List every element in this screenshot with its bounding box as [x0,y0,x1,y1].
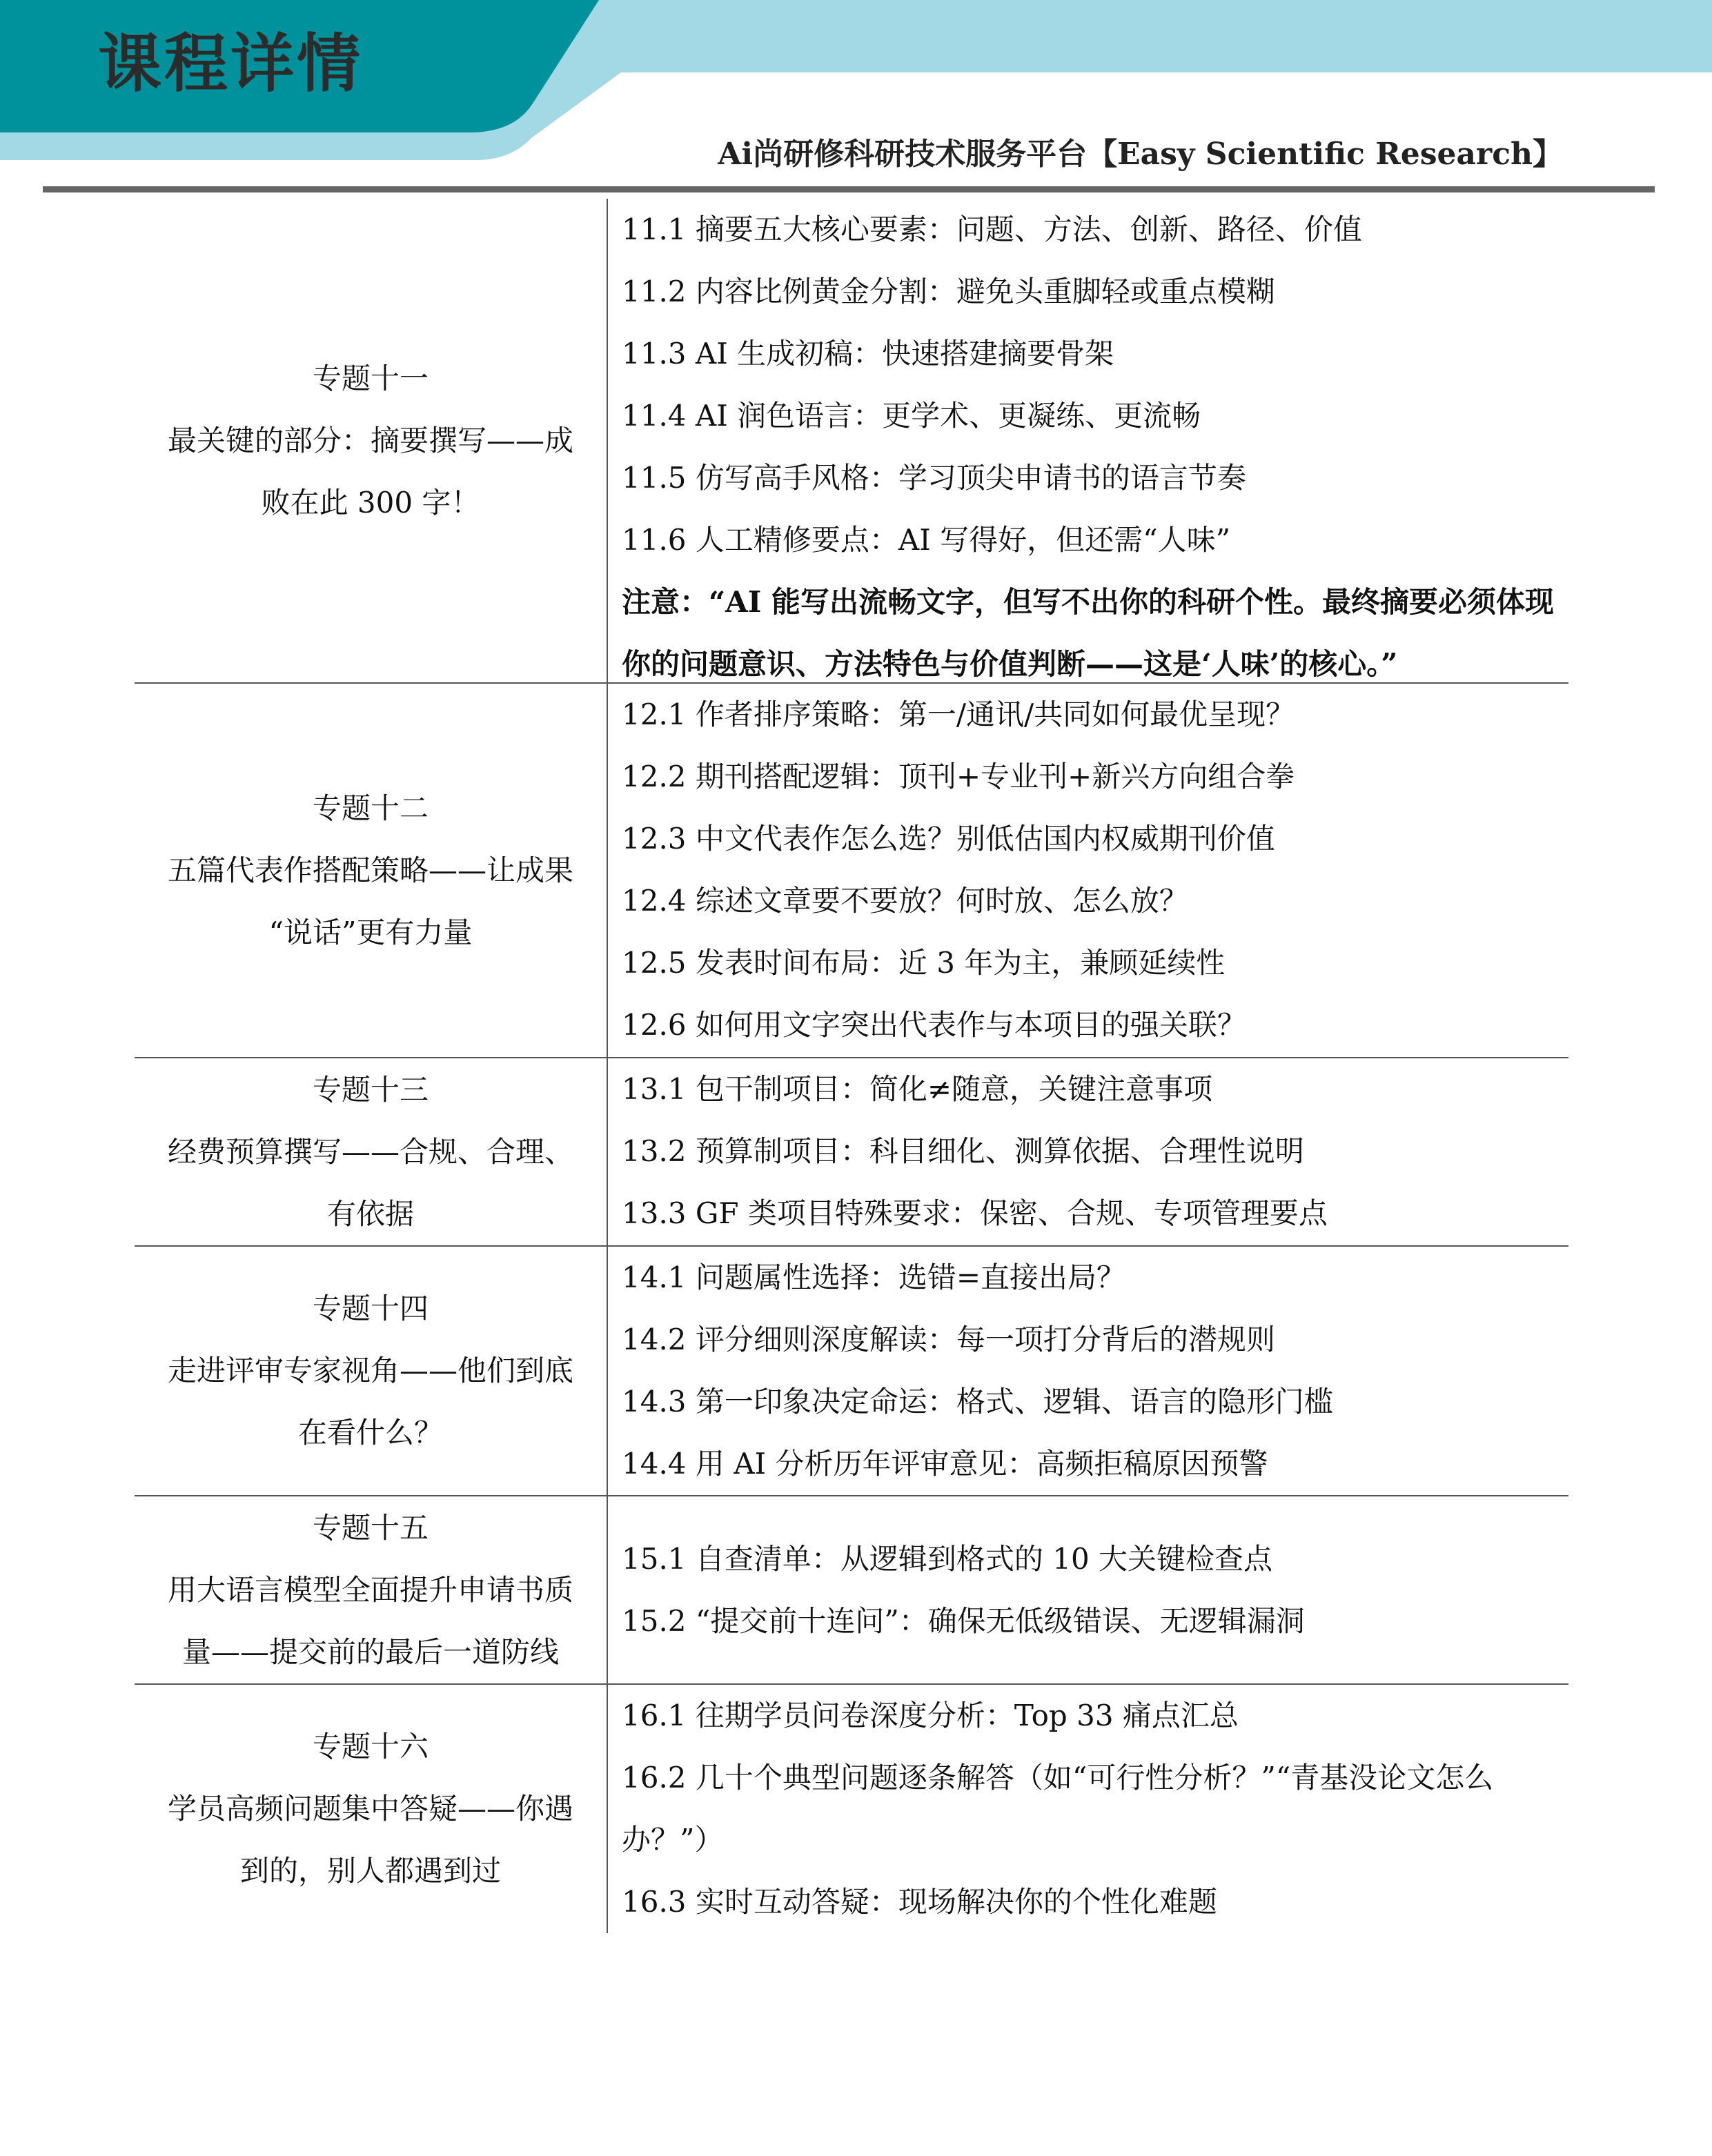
lesson-item: 14.4 用 AI 分析历年评审意见：高频拒稿原因预警 [622,1433,1568,1495]
lesson-item: 15.2 “提交前十连问”：确保无低级错误、无逻辑漏洞 [622,1590,1568,1652]
topic-title-line: 败在此 300 字！ [262,472,480,534]
header-divider [43,186,1655,192]
topic-cell: 专题十六 学员高频问题集中答疑——你遇 到的，别人都遇到过 [135,1685,608,1933]
topic-title-line: “说话”更有力量 [269,902,473,964]
topic-title-line: 到的，别人都遇到过 [240,1840,501,1902]
topic-title-line: 用大语言模型全面提升申请书质 [168,1559,573,1621]
topic-cell: 专题十三 经费预算撰写——合规、合理、 有依据 [135,1058,608,1245]
topic-title-line: 经费预算撰写——合规、合理、 [168,1121,573,1183]
lesson-item: 15.1 自查清单：从逻辑到格式的 10 大关键检查点 [622,1528,1568,1590]
topic-title-line: 量——提交前的最后一道防线 [182,1621,559,1683]
lesson-item: 14.3 第一印象决定命运：格式、逻辑、语言的隐形门槛 [622,1371,1568,1433]
course-table: 专题十一 最关键的部分：摘要撰写——成 败在此 300 字！ 11.1 摘要五大… [135,199,1568,1933]
lesson-item: 16.2 几十个典型问题逐条解答（如“可行性分析？”“青基没论文怎么办？”） [622,1747,1568,1871]
lesson-item: 16.1 往期学员问卷深度分析：Top 33 痛点汇总 [622,1685,1568,1747]
lesson-item: 11.5 仿写高手风格：学习顶尖申请书的语言节奏 [622,447,1568,509]
topic-row: 专题十五 用大语言模型全面提升申请书质 量——提交前的最后一道防线 15.1 自… [135,1496,1568,1685]
lesson-item: 14.2 评分细则深度解读：每一项打分背后的潜规则 [622,1309,1568,1371]
topic-number: 专题十六 [313,1716,429,1778]
topic-row: 专题十三 经费预算撰写——合规、合理、 有依据 13.1 包干制项目：简化≠随意… [135,1058,1568,1247]
topic-row: 专题十一 最关键的部分：摘要撰写——成 败在此 300 字！ 11.1 摘要五大… [135,199,1568,684]
lesson-item: 16.3 实时互动答疑：现场解决你的个性化难题 [622,1871,1568,1933]
lesson-item: 11.1 摘要五大核心要素：问题、方法、创新、路径、价值 [622,199,1568,261]
topic-title-line: 走进评审专家视角——他们到底 [168,1340,573,1402]
lesson-item: 11.2 内容比例黄金分割：避免头重脚轻或重点模糊 [622,261,1568,323]
topic-cell: 专题十一 最关键的部分：摘要撰写——成 败在此 300 字！ [135,199,608,682]
topic-title-line: 五篇代表作搭配策略——让成果 [168,840,573,902]
lesson-item: 12.2 期刊搭配逻辑：顶刊+专业刊+新兴方向组合拳 [622,746,1568,808]
lesson-item: 12.6 如何用文字突出代表作与本项目的强关联？ [622,994,1568,1056]
topic-number: 专题十一 [313,348,429,410]
topic-title-line: 在看什么？ [298,1402,443,1464]
topic-number: 专题十三 [313,1059,429,1121]
topic-items: 12.1 作者排序策略：第一/通讯/共同如何最优呈现？ 12.2 期刊搭配逻辑：… [608,684,1568,1057]
topic-items: 15.1 自查清单：从逻辑到格式的 10 大关键检查点 15.2 “提交前十连问… [608,1496,1568,1683]
lesson-item: 11.4 AI 润色语言：更学术、更凝练、更流畅 [622,385,1568,447]
note-text: 注意：“AI 能写出流畅文字，但写不出你的科研个性。最终摘要必须体现你的问题意识… [622,571,1568,695]
topic-row: 专题十四 走进评审专家视角——他们到底 在看什么？ 14.1 问题属性选择：选错… [135,1247,1568,1496]
lesson-item: 13.1 包干制项目：简化≠随意，关键注意事项 [622,1058,1568,1120]
lesson-item: 12.3 中文代表作怎么选？别低估国内权威期刊价值 [622,808,1568,870]
topic-number: 专题十五 [313,1497,429,1559]
topic-cell: 专题十四 走进评审专家视角——他们到底 在看什么？ [135,1247,608,1495]
topic-number: 专题十二 [313,778,429,840]
topic-items: 13.1 包干制项目：简化≠随意，关键注意事项 13.2 预算制项目：科目细化、… [608,1058,1568,1245]
lesson-item: 11.6 人工精修要点：AI 写得好，但还需“人味” [622,509,1568,571]
topic-number: 专题十四 [313,1278,429,1340]
lesson-item: 12.5 发表时间布局：近 3 年为主，兼顾延续性 [622,932,1568,994]
topic-items: 14.1 问题属性选择：选错=直接出局？ 14.2 评分细则深度解读：每一项打分… [608,1247,1568,1495]
lesson-item: 12.4 综述文章要不要放？何时放、怎么放？ [622,870,1568,932]
topic-row: 专题十二 五篇代表作搭配策略——让成果 “说话”更有力量 12.1 作者排序策略… [135,684,1568,1058]
topic-items: 16.1 往期学员问卷深度分析：Top 33 痛点汇总 16.2 几十个典型问题… [608,1685,1568,1933]
topic-title-line: 有依据 [327,1183,414,1245]
topic-cell: 专题十五 用大语言模型全面提升申请书质 量——提交前的最后一道防线 [135,1496,608,1683]
lesson-item: 12.1 作者排序策略：第一/通讯/共同如何最优呈现？ [622,684,1568,746]
topic-items: 11.1 摘要五大核心要素：问题、方法、创新、路径、价值 11.2 内容比例黄金… [608,199,1568,682]
platform-name: Ai尚研修科研技术服务平台【Easy Scientific Research】 [718,135,1563,174]
topic-cell: 专题十二 五篇代表作搭配策略——让成果 “说话”更有力量 [135,684,608,1057]
lesson-item: 13.3 GF 类项目特殊要求：保密、合规、专项管理要点 [622,1183,1568,1245]
lesson-item: 11.3 AI 生成初稿：快速搭建摘要骨架 [622,323,1568,385]
topic-row: 专题十六 学员高频问题集中答疑——你遇 到的，别人都遇到过 16.1 往期学员问… [135,1685,1568,1933]
page-title: 课程详情 [98,19,363,109]
lesson-item: 14.1 问题属性选择：选错=直接出局？ [622,1247,1568,1309]
lesson-item: 13.2 预算制项目：科目细化、测算依据、合理性说明 [622,1120,1568,1183]
topic-title-line: 学员高频问题集中答疑——你遇 [168,1778,573,1840]
topic-title-line: 最关键的部分：摘要撰写——成 [168,410,573,472]
